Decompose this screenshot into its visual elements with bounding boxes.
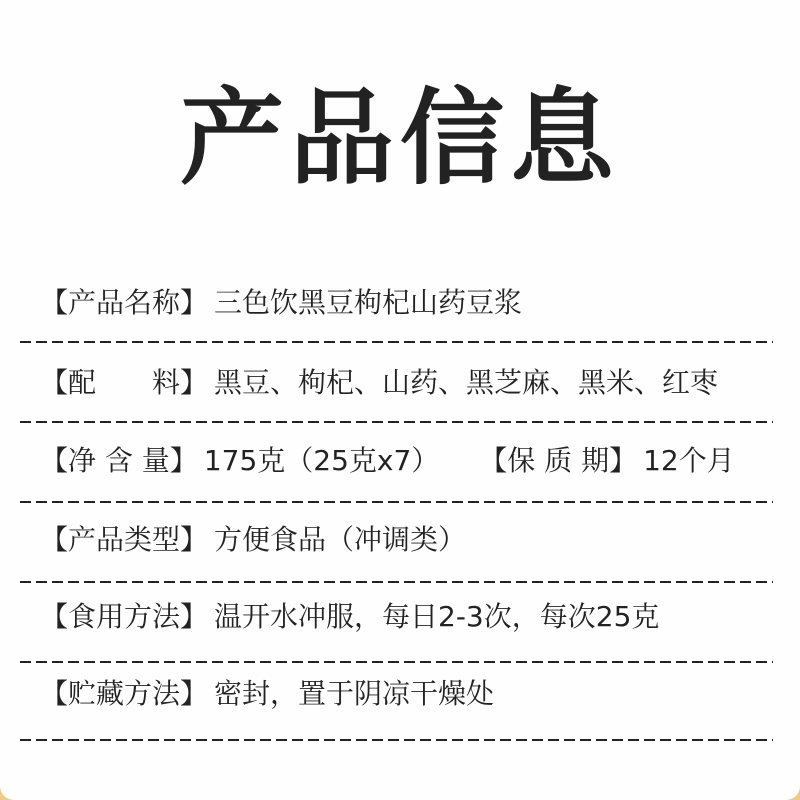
row-value: 密封，置于阴凉干燥处 <box>214 674 494 714</box>
info-row-storage: 【贮藏方法】密封，置于阴凉干燥处 <box>40 674 494 714</box>
row-value: 黑豆、枸杞、山药、黑芝麻、黑米、红枣 <box>214 363 718 403</box>
row-value-shelf-life: 12个月 <box>643 441 735 481</box>
dashed-divider <box>20 501 773 503</box>
info-row-product-name: 【产品名称】三色饮黑豆枸杞山药豆浆 <box>40 283 522 323</box>
row-label-shelf-life: 【保 质 期】 <box>479 441 637 481</box>
info-row-net-weight: 【净 含 量】175克（25克x7）【保 质 期】12个月 <box>40 441 735 481</box>
page-title: 产品信息 <box>0 78 800 198</box>
product-info-page: 产品信息 【产品名称】三色饮黑豆枸杞山药豆浆 【配 料】黑豆、枸杞、山药、黑芝麻… <box>0 0 800 800</box>
row-label: 【贮藏方法】 <box>40 674 208 714</box>
info-row-ingredients: 【配 料】黑豆、枸杞、山药、黑芝麻、黑米、红枣 <box>40 363 718 403</box>
row-value: 175克（25克x7） <box>204 441 439 481</box>
dashed-divider <box>20 581 773 583</box>
row-value: 三色饮黑豆枸杞山药豆浆 <box>214 283 522 323</box>
dashed-divider <box>20 661 773 663</box>
info-row-product-type: 【产品类型】方便食品（冲调类） <box>40 520 466 560</box>
row-value: 方便食品（冲调类） <box>214 520 466 560</box>
row-label: 【产品名称】 <box>40 283 208 323</box>
row-label: 【配 料】 <box>40 363 208 403</box>
row-label: 【净 含 量】 <box>40 441 198 481</box>
info-row-usage: 【食用方法】温开水冲服，每日2-3次，每次25克 <box>40 597 659 637</box>
dashed-divider <box>20 739 773 741</box>
dashed-divider <box>20 421 773 423</box>
row-label: 【产品类型】 <box>40 520 208 560</box>
dashed-divider <box>20 341 773 343</box>
row-label: 【食用方法】 <box>40 597 208 637</box>
row-value: 温开水冲服，每日2-3次，每次25克 <box>214 597 659 637</box>
